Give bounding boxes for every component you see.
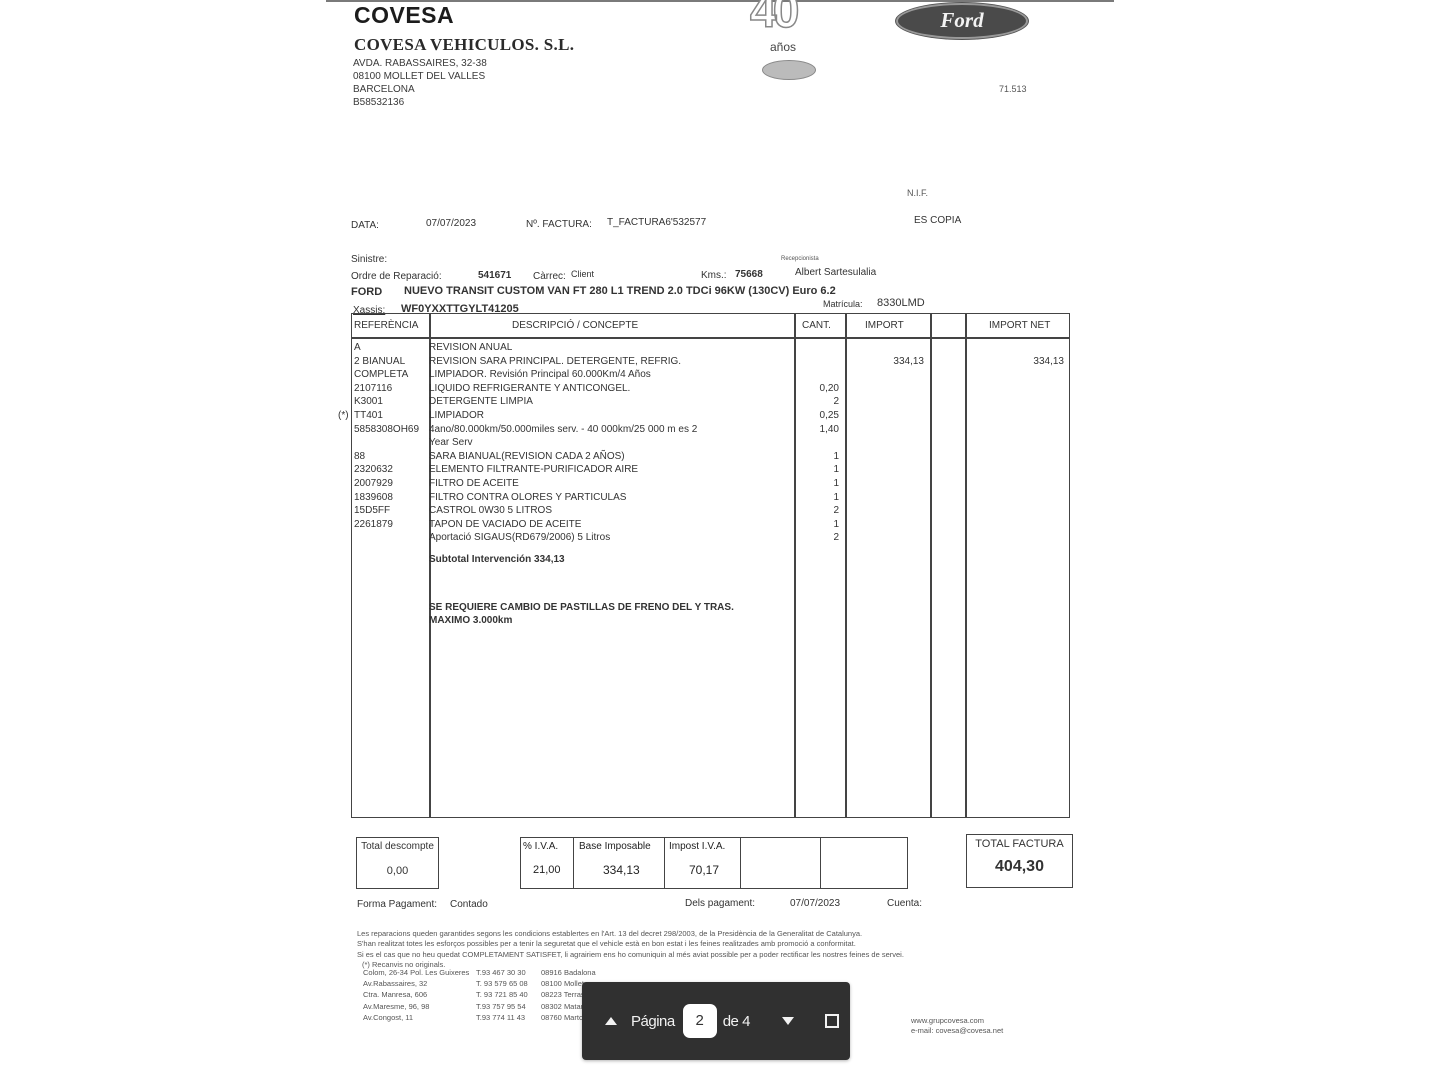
vat-amount-label: Impost I.V.A. (669, 841, 725, 852)
quantity-cell: 1 (833, 492, 839, 503)
payment-label: Forma Pagament: (357, 899, 437, 910)
reference-cell: 2107116 (354, 383, 392, 394)
total-invoice-box: TOTAL FACTURA 404,30 (966, 834, 1073, 888)
quantity-cell: 1 (833, 478, 839, 489)
branch-phone: T. 93 721 85 40 (476, 990, 528, 999)
column-header-reference: REFERÈNCIA (354, 320, 418, 331)
service-note: SE REQUIERE CAMBIO DE PASTILLAS DE FRENO… (429, 602, 734, 613)
column-header-quantity: CANT. (802, 320, 831, 331)
total-value: 404,30 (967, 858, 1072, 876)
table-row: COMPLETALIMPIADOR. Revisión Principal 60… (352, 369, 1069, 383)
brand-name: COVESA (354, 2, 454, 29)
address-line: BARCELONA (353, 84, 415, 95)
reference-cell: TT401 (354, 410, 383, 421)
page-navigation-bar: Página de 4 (582, 982, 850, 1060)
description-cell: SARA BIANUAL(REVISION CADA 2 AÑOS) (429, 451, 625, 462)
branch-address: Av.Congost, 11 (363, 1013, 413, 1022)
total-label: TOTAL FACTURA (967, 838, 1072, 850)
reference-cell: COMPLETA (354, 369, 408, 380)
legal-text: S'han realitzat totes les esforços possi… (357, 939, 856, 948)
non-original-part-mark: (*) (338, 410, 349, 421)
branch-phone: T.93 757 95 54 (476, 1002, 526, 1011)
description-cell: Year Serv (429, 437, 473, 448)
table-row: K3001DETERGENTE LIMPIA2 (352, 396, 1069, 410)
table-row: 15D5FFCASTROL 0W30 5 LITROS2 (352, 505, 1069, 519)
plate-label: Matrícula: (823, 299, 863, 309)
table-row: 2 BIANUALREVISION SARA PRINCIPAL. DETERG… (352, 356, 1069, 370)
column-header-import: IMPORT (865, 320, 904, 331)
payment-method: Contado (450, 899, 488, 910)
kms-value: 75668 (735, 269, 763, 280)
description-cell: ELEMENTO FILTRANTE-PURIFICADOR AIRE (429, 464, 638, 475)
sinistre-label: Sinistre: (351, 254, 387, 265)
table-row: 5858308OH694ano/80.000km/50.000miles ser… (352, 424, 1069, 438)
vat-summary-box: % I.V.A. 21,00 Base Imposable 334,13 Imp… (520, 837, 908, 889)
account-label: Cuenta: (887, 898, 922, 909)
table-row: 2007929FILTRO DE ACEITE1 (352, 478, 1069, 492)
previous-page-button[interactable] (605, 1017, 617, 1025)
reference-cell: 88 (354, 451, 365, 462)
receptionist-name: Albert Sartesulalia (795, 267, 876, 278)
charge-value: Client (571, 269, 594, 279)
reference-cell: 5858308OH69 (354, 424, 419, 435)
reference-cell: 2320632 (354, 464, 393, 475)
plate-number: 8330LMD (877, 297, 925, 309)
repair-order-number: 541671 (478, 270, 511, 281)
branch-city: 08100 Mollet (541, 979, 584, 988)
branch-city: 08916 Badalona (541, 968, 596, 977)
legal-text: Les reparacions queden garantides segons… (357, 929, 862, 938)
description-cell: 4ano/80.000km/50.000miles serv. - 40 000… (429, 424, 697, 435)
branch-address: Av.Rabassaires, 32 (363, 979, 427, 988)
legal-text: Si es el cas que no heu quedat COMPLETAM… (357, 950, 904, 959)
description-cell: Aportació SIGAUS(RD679/2006) 5 Litros (429, 532, 610, 543)
table-row: Year Serv (352, 437, 1069, 451)
table-row: Aportació SIGAUS(RD679/2006) 5 Litros2 (352, 532, 1069, 546)
tax-id: B58532136 (353, 97, 404, 108)
branch-city: 08302 Mataró (541, 1002, 587, 1011)
due-label: Dels pagament: (685, 898, 755, 909)
description-cell: FILTRO DE ACEITE (429, 478, 519, 489)
quantity-cell: 1,40 (820, 424, 839, 435)
fullscreen-icon[interactable] (825, 1014, 839, 1028)
description-cell: LIMPIADOR. Revisión Principal 60.000Km/4… (429, 369, 651, 380)
branch-address: Av.Maresme, 96, 98 (363, 1002, 429, 1011)
invoice-page: COVESA COVESA VEHICULOS. S.L. AVDA. RABA… (326, 0, 1114, 1080)
description-cell: FILTRO CONTRA OLORES Y PARTICULAS (429, 492, 626, 503)
due-date: 07/07/2023 (790, 898, 840, 909)
vat-pct-label: % I.V.A. (523, 841, 558, 852)
table-row: AREVISION ANUAL (352, 342, 1069, 356)
address-line: AVDA. RABASSAIRES, 32-38 (353, 58, 487, 69)
quantity-cell: 0,25 (820, 410, 839, 421)
receptionist-label: Recepcionista (781, 256, 819, 262)
email-link[interactable]: e-mail: covesa@covesa.net (911, 1026, 1003, 1035)
address-line: 08100 MOLLET DEL VALLES (353, 71, 485, 82)
small-ford-logo-icon (762, 60, 816, 80)
description-cell: REVISION SARA PRINCIPAL. DETERGENTE, REF… (429, 356, 681, 367)
nif-label: N.I.F. (907, 188, 928, 198)
reference-cell: 2007929 (354, 478, 393, 489)
subtotal-line: Subtotal Intervención 334,13 (429, 554, 565, 565)
vat-pct-value: 21,00 (533, 864, 561, 876)
discount-label: Total descompte (357, 841, 438, 852)
base-label: Base Imposable (579, 841, 651, 852)
kms-label: Kms.: (701, 270, 727, 281)
service-note: MAXIMO 3.000km (429, 615, 512, 626)
branch-address: Colom, 26-34 Pol. Les Guixeres (363, 968, 469, 977)
vat-amount-value: 70,17 (689, 863, 719, 877)
ford-logo-icon: Ford (896, 3, 1028, 39)
vehicle-model: NUEVO TRANSIT CUSTOM VAN FT 280 L1 TREND… (404, 285, 836, 297)
branch-phone: T.93 467 30 30 (476, 968, 526, 977)
branch-phone: T.93 774 11 43 (476, 1013, 525, 1022)
reference-cell: 15D5FF (354, 505, 390, 516)
repair-order-label: Ordre de Reparació: (351, 271, 442, 282)
table-row: TT401LIMPIADOR0,25(*) (352, 410, 1069, 424)
next-page-button[interactable] (782, 1017, 794, 1025)
reference-cell: 2261879 (354, 519, 393, 530)
table-row: 1839608FILTRO CONTRA OLORES Y PARTICULAS… (352, 492, 1069, 506)
date-label: DATA: (351, 220, 379, 231)
invoice-number: T_FACTURA6'532577 (607, 217, 706, 228)
website-link[interactable]: www.grupcovesa.com (911, 1016, 984, 1025)
quantity-cell: 1 (833, 519, 839, 530)
invoice-no-label: Nº. FACTURA: (526, 219, 592, 230)
description-cell: LIQUIDO REFRIGERANTE Y ANTICONGEL. (429, 383, 630, 394)
table-row: 2320632ELEMENTO FILTRANTE-PURIFICADOR AI… (352, 464, 1069, 478)
base-value: 334,13 (603, 863, 640, 877)
anniversary-logo: 40 (750, 0, 795, 39)
import-cell: 334,13 (893, 356, 924, 367)
reference-cell: A (354, 342, 361, 353)
discount-box: Total descompte 0,00 (356, 837, 439, 889)
quantity-cell: 1 (833, 451, 839, 462)
page-label: Página (631, 1013, 675, 1030)
quantity-cell: 2 (833, 532, 839, 543)
table-row: 2261879TAPON DE VACIADO DE ACEITE1 (352, 519, 1069, 533)
description-cell: CASTROL 0W30 5 LITROS (429, 505, 552, 516)
reference-cell: K3001 (354, 396, 383, 407)
page-count: de 4 (723, 1013, 750, 1030)
quantity-cell: 2 (833, 505, 839, 516)
quantity-cell: 1 (833, 464, 839, 475)
branch-phone: T. 93 579 65 08 (476, 979, 528, 988)
column-header-description: DESCRIPCIÓ / CONCEPTE (512, 320, 638, 331)
table-row: 2107116LIQUIDO REFRIGERANTE Y ANTICONGEL… (352, 383, 1069, 397)
table-row: 88SARA BIANUAL(REVISION CADA 2 AÑOS)1 (352, 451, 1069, 465)
document-code: 71.513 (999, 84, 1027, 94)
reference-cell: 1839608 (354, 492, 393, 503)
page-number-input[interactable] (683, 1004, 717, 1038)
line-items-table: REFERÈNCIA DESCRIPCIÓ / CONCEPTE CANT. I… (351, 313, 1070, 818)
column-header-import-net: IMPORT NET (989, 320, 1050, 331)
charge-label: Càrrec: (533, 271, 566, 282)
import-net-cell: 334,13 (1033, 356, 1064, 367)
quantity-cell: 0,20 (820, 383, 839, 394)
vehicle-make: FORD (351, 286, 382, 298)
description-cell: LIMPIADOR (429, 410, 484, 421)
copy-label: ES COPIA (914, 215, 961, 226)
description-cell: DETERGENTE LIMPIA (429, 396, 533, 407)
discount-value: 0,00 (357, 865, 438, 877)
branch-address: Ctra. Manresa, 606 (363, 990, 427, 999)
description-cell: TAPON DE VACIADO DE ACEITE (429, 519, 581, 530)
anniversary-label: años (770, 40, 796, 54)
company-name: COVESA VEHICULOS. S.L. (354, 35, 574, 55)
reference-cell: 2 BIANUAL (354, 356, 405, 367)
quantity-cell: 2 (833, 396, 839, 407)
invoice-date: 07/07/2023 (426, 218, 476, 229)
description-cell: REVISION ANUAL (429, 342, 512, 353)
